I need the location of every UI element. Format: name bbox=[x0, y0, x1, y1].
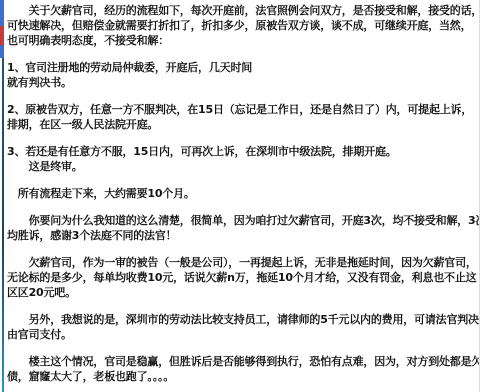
text-line: 2、原被告双方，任意一方不服判决，在15日（忘记是工作日，还是自然日了）内，可提… bbox=[7, 102, 479, 117]
paragraph: 3、若还是有任意方不服，15日内，可再次上诉，在深圳市中级法院，排期开庭。 这是… bbox=[7, 144, 479, 174]
left-border-line bbox=[2, 58, 4, 392]
paragraph: 另外，我想说的是，深圳市的劳动法比较支持员工，请律师的5千元以内的费用，可请法官… bbox=[7, 312, 479, 342]
text-line: 1、官司注册地的劳动局仲裁委，开庭后，几天时间 bbox=[7, 60, 479, 75]
paragraph: 你要问为什么我知道的这么清楚，很简单，因为咱打过欠薪官司，开庭3次，均不接受和解… bbox=[7, 213, 479, 243]
text-line: 这是终审。 bbox=[7, 159, 479, 174]
edge-mark-blue-top bbox=[0, 0, 4, 26]
post-body: 关于欠薪官司，经历的流程如下，每次开庭前，法官照例会问双方，是否接受和解，接受的… bbox=[7, 3, 479, 392]
text-line: 楼主这个情况，官司是稳赢，但胜诉后是否能够得到执行，恐怕有点难，因为，对方到处都… bbox=[7, 354, 479, 369]
paragraph: 关于欠薪官司，经历的流程如下，每次开庭前，法官照例会问双方，是否接受和解，接受的… bbox=[7, 3, 479, 48]
left-edge-strip bbox=[0, 0, 6, 392]
paragraph: 所有流程走下来，大约需要10个月。 bbox=[7, 186, 479, 201]
text-line: 债，窟窿太大了，老板也跑了。。。。 bbox=[7, 369, 479, 384]
edge-mark-red bbox=[0, 26, 4, 45]
text-line: 关于欠薪官司，经历的流程如下，每次开庭前，法官照例会问双方，是否接受和解，接受的… bbox=[7, 3, 479, 18]
text-line: 所有流程走下来，大约需要10个月。 bbox=[7, 186, 479, 201]
paragraph: 楼主这个情况，官司是稳赢，但胜诉后是否能够得到执行，恐怕有点难，因为，对方到处都… bbox=[7, 354, 479, 384]
text-line: 3、若还是有任意方不服，15日内，可再次上诉，在深圳市中级法院，排期开庭。 bbox=[7, 144, 479, 159]
text-line: 就有判决书。 bbox=[7, 75, 479, 90]
paragraph: 1、官司注册地的劳动局仲裁委，开庭后，几天时间就有判决书。 bbox=[7, 60, 479, 90]
text-line: 排期，在区一级人民法院开庭。 bbox=[7, 117, 479, 132]
text-line: 可快速解决，但赔偿金就需要打折扣了，折扣多少，原被告双方谈，谈不成，可继续开庭，… bbox=[7, 18, 479, 33]
edge-mark-blue-lower bbox=[0, 45, 4, 58]
text-line: 无论标的是多少，每单均收费10元，话说欠薪n万，拖延10个月才给，又没有罚金，利… bbox=[7, 270, 479, 285]
text-line: 均胜诉，感谢3个法庭不同的法官！ bbox=[7, 228, 479, 243]
text-line: 欠薪官司，作为一审的被告（一般是公司），一再提起上诉，无非是拖延时间，因为欠薪官… bbox=[7, 255, 479, 270]
text-line: 区区20元吧。 bbox=[7, 285, 479, 300]
paragraph: 欠薪官司，作为一审的被告（一般是公司），一再提起上诉，无非是拖延时间，因为欠薪官… bbox=[7, 255, 479, 300]
text-line: 另外，我想说的是，深圳市的劳动法比较支持员工，请律师的5千元以内的费用，可请法官… bbox=[7, 312, 479, 327]
text-line: 由官司支付。 bbox=[7, 327, 479, 342]
text-line: 也可明确表明态度，不接受和解： bbox=[7, 33, 479, 48]
paragraph: 2、原被告双方，任意一方不服判决，在15日（忘记是工作日，还是自然日了）内，可提… bbox=[7, 102, 479, 132]
text-line: 你要问为什么我知道的这么清楚，很简单，因为咱打过欠薪官司，开庭3次，均不接受和解… bbox=[7, 213, 479, 228]
